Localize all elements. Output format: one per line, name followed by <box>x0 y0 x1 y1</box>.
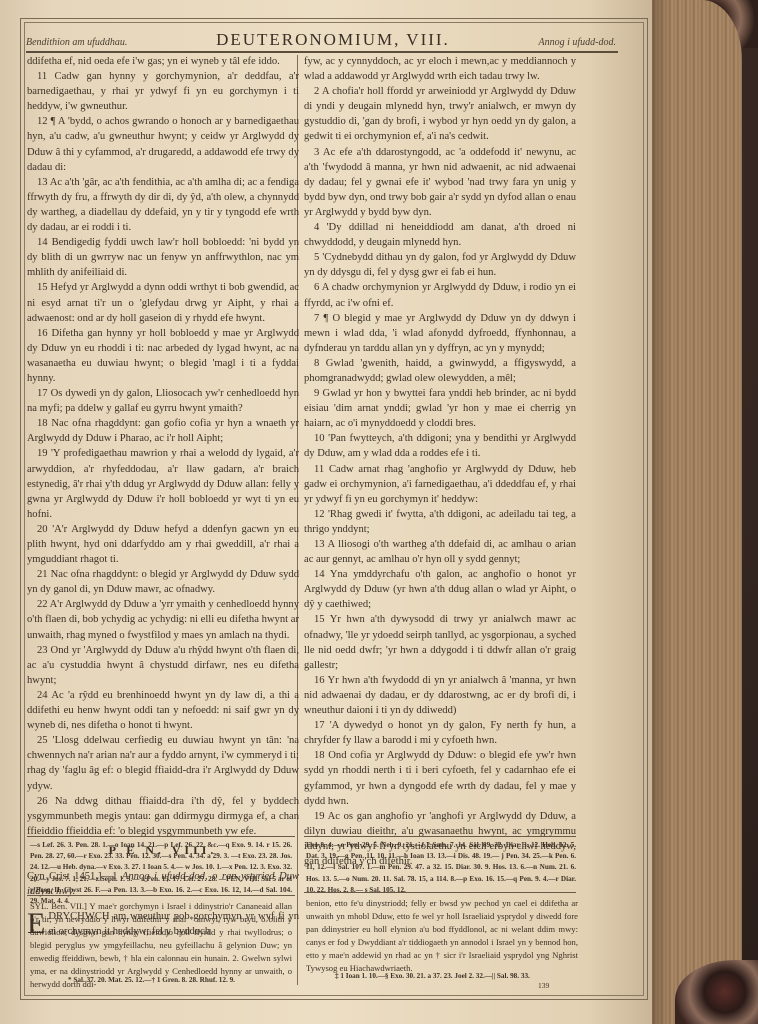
verse: 13 A lliosogi o'th wartheg a'th ddefaid … <box>304 537 576 567</box>
verse: 11 Cadw arnat rhag 'anghofio yr Arglwydd… <box>304 462 576 507</box>
cross-references-left: —s Lef. 26. 3. Pen. 28. 1.—o Ioan 14. 21… <box>30 840 292 907</box>
header-right-caption: Annog i ufudd-dod. <box>538 37 616 48</box>
right-column: fyw, ac y cynnyddoch, ac yr eloch i mewn… <box>304 54 576 869</box>
verse: 25 'Llosg ddelwau cerfiedig eu duwiau hw… <box>27 733 299 793</box>
verse: 6 A chadw orchymynion yr Arglwydd dy Ddu… <box>304 280 576 310</box>
book-page: Bendithion am ufuddhau. DEUTERONOMIUM, V… <box>0 0 652 1024</box>
verse: 4 'Dy ddillad ni heneiddiodd am danat, a… <box>304 220 576 250</box>
verse: 12 'Rhag gwedi it' fwytta, a'th ddigoni,… <box>304 507 576 537</box>
verse: 13 Ac a'th 'gâr, ac a'th fendithia, ac a… <box>27 175 299 235</box>
header-left-caption: Bendithion am ufuddhau. <box>26 37 127 48</box>
verse: 20 'A'r Arglwydd dy Dduw hefyd a ddenfyn… <box>27 522 299 567</box>
verse: 16 Difetha gan hynny yr holl bobloedd y … <box>27 326 299 386</box>
verse: 17 'A dywedyd o honot yn dy galon, Fy ne… <box>304 718 576 748</box>
notes-rule-left <box>27 836 295 837</box>
verse: 14 Yna ymddyrchafu o'th galon, ac anghof… <box>304 567 576 612</box>
verse: 9 Gwlad yr hon y bwyttei fara ynddi heb … <box>304 386 576 431</box>
verse: 19 'Y profedigaethau mawrion y rhai a we… <box>27 446 299 521</box>
verse: 14 Bendigedig fyddi uwch law'r holl bobl… <box>27 235 299 280</box>
page-number: 139 <box>538 981 549 990</box>
verse: 7 ¶ O blegid y mae yr Arglwydd dy Dduw y… <box>304 311 576 356</box>
verse: 26 Na ddwg dithau ffiaidd-dra i'th dŷ, f… <box>27 794 299 839</box>
commentary-right: benion, etto fe'u dinystriodd; felly er … <box>306 897 578 975</box>
verse: 10 'Pan fwytteych, a'th ddigoni; yna y b… <box>304 431 576 461</box>
verse: 23 Ond yr 'Arglwydd dy Dduw a'u rhŷdd hw… <box>27 643 299 688</box>
left-column: ddifetha ef, nid oeda efe i'w gas; yn ei… <box>27 54 299 940</box>
commentary-rule-right <box>304 892 576 893</box>
verse: 17 Os dywedi yn dy galon, Lliosocach yw'… <box>27 386 299 416</box>
running-header: Bendithion am ufuddhau. DEUTERONOMIUM, V… <box>26 30 616 52</box>
commentary-footnote-right: ‡ 1 Ioan 1. 10.—§ Exo. 30. 21. a 37. 23.… <box>335 972 530 980</box>
commentary-rule-left <box>27 895 295 896</box>
verse: 21 Nac ofna rhagddynt: o blegid yr Arglw… <box>27 567 299 597</box>
verse: 3 Ac efe a'th ddarostyngodd, ac 'a oddef… <box>304 145 576 220</box>
verse: 18 Ond cofia yr Arglwydd dy Dduw: o bleg… <box>304 748 576 808</box>
page-gutter-shadow <box>650 0 670 1024</box>
verse: 11 Cadw gan hynny y gorchymynion, a'r de… <box>27 69 299 114</box>
notes-rule-right <box>304 836 576 837</box>
verse: 8 Gwlad 'gwenith, haidd, a gwinwydd, a f… <box>304 356 576 386</box>
verse: 24 Ac 'a rŷdd eu brenhinoedd hwynt yn dy… <box>27 688 299 733</box>
verse: 18 Nac ofna rhagddynt: gan gofio cofia y… <box>27 416 299 446</box>
verse: 5 'Cydnebydd dithau yn dy galon, fod yr … <box>304 250 576 280</box>
header-rule <box>26 51 618 53</box>
verse: 2 A chofia'r holl ffordd yr arweiniodd y… <box>304 84 576 144</box>
verse: 22 A'r Arglwydd dy Dduw a 'yrr ymaith y … <box>27 597 299 642</box>
verse: ddifetha ef, nid oeda efe i'w gas; yn ei… <box>27 54 299 69</box>
verse: fyw, ac y cynnyddoch, ac yr eloch i mewn… <box>304 54 576 84</box>
verse: 15 Hefyd yr Arglwydd a dynn oddi wrthyt … <box>27 280 299 325</box>
verse: 15 Yr hwn a'th dywysodd di trwy yr anial… <box>304 612 576 672</box>
verse: 12 ¶ A 'bydd, o achos gwrando o honoch a… <box>27 114 299 174</box>
page-title: DEUTERONOMIUM, VIII. <box>216 30 450 50</box>
cross-references-right: Exo 8. 4.—e Pen. 29. 5. Neh. 9. 21.—f 2 … <box>306 840 576 896</box>
commentary-footnote-left: * Sal. 37. 20. Mat. 25. 12.—† 1 Gren. 8.… <box>68 976 235 984</box>
verse: 16 Yr hwn a'th fwydodd di yn yr anialwch… <box>304 673 576 718</box>
